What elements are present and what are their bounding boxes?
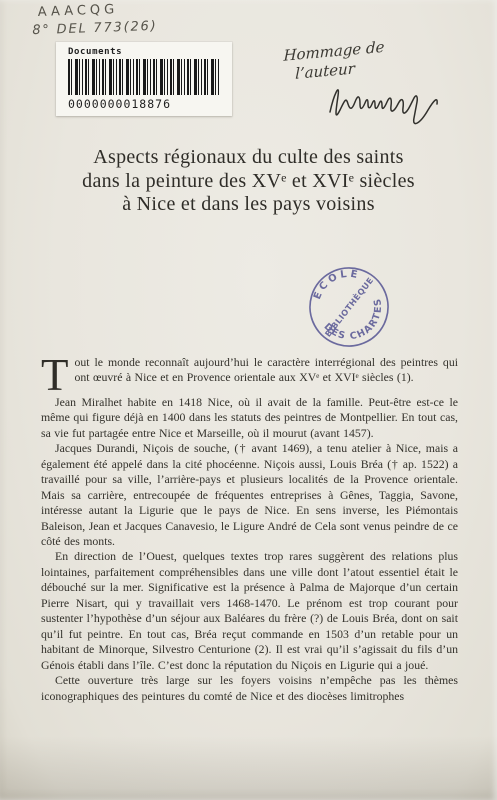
article-title: Aspects régionaux du culte des saints da…	[0, 146, 497, 217]
paragraph-2: Jean Miralhet habite en 1418 Nice, où il…	[41, 395, 458, 441]
paragraph-3: Jacques Durandi, Niçois de souche, († av…	[41, 441, 458, 549]
barcode	[68, 59, 220, 95]
title-line3: à Nice et dans les pays voisins	[0, 193, 497, 217]
title-line2: dans la peinture des XVᵉ et XVIᵉ siècles	[0, 170, 497, 194]
author-signature	[316, 66, 454, 134]
call-number: AAACQG 8° DEL 773(26)	[31, 1, 157, 38]
barcode-sticker: Documents 0000000018876	[56, 42, 232, 116]
title-line1: Aspects régionaux du culte des saints	[0, 146, 497, 170]
paragraph-5: Cette ouverture très large sur les foyer…	[41, 673, 458, 704]
drop-cap: T	[41, 355, 75, 393]
ecole-des-chartes-stamp: ECOLE DES CHARTES BIBLIOTHÈQUE	[285, 243, 412, 370]
call-number-line1: AAACQG	[37, 1, 157, 20]
call-number-line2: 8° DEL 773(26)	[32, 19, 158, 38]
paragraph-1: Tout le monde reconnaît aujourd’hui le c…	[41, 355, 458, 386]
paragraph-1-text: out le monde reconnaît aujourd’hui le ca…	[75, 355, 459, 384]
barcode-label-text: Documents	[68, 47, 122, 57]
scanned-document-page: AAACQG 8° DEL 773(26) Documents 00000000…	[0, 0, 497, 800]
barcode-number: 0000000018876	[68, 97, 171, 111]
paragraph-4: En direction de l’Ouest, quelques textes…	[41, 549, 458, 673]
article-body: Tout le monde reconnaît aujourd’hui le c…	[41, 355, 458, 704]
